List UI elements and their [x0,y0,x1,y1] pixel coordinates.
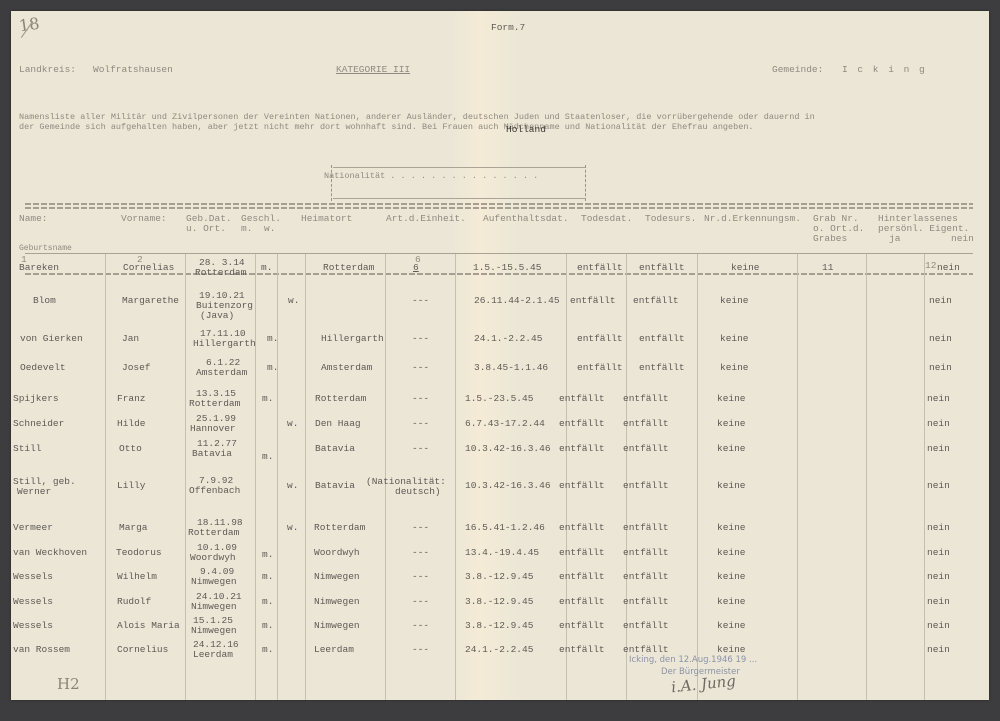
cell-heimatort: Rotterdam [323,263,374,273]
col-divider [185,254,186,700]
col-divider [277,254,278,700]
cell-todesdat: entfällt [559,444,605,454]
cell-name: Bareken [19,263,59,273]
cell-aufenthalt: 26.11.44-2.1.45 [474,296,560,306]
cell-geb-ort: Nimwegen [191,602,237,612]
cell-todesurs: entfällt [623,523,669,533]
cell-einheit: --- [412,548,429,558]
cell-geschl-m: m. [262,572,273,582]
nationality-label: Nationalität . . . . . . . . . . . . . .… [324,172,538,181]
cell-hint: nein [927,394,950,404]
cell-todesdat: entfällt [559,523,605,533]
cell-vorname: Wilhelm [117,572,157,582]
cell-hint: nein [927,572,950,582]
landkreis-value: Wolfratshausen [93,65,173,75]
cell-name: van Rossem [13,645,70,655]
pencil-mark: H2 [57,675,80,693]
cell-geb-ort: Amsterdam [196,368,247,378]
cell-name: von Gierken [20,334,83,344]
col-header-aufenthalt: Aufenthaltsdat. [483,214,569,224]
cell-vorname: Marga [119,523,148,533]
cell-erkennung: keine [720,363,749,373]
cell-name-2: Werner [17,487,51,497]
col-divider [697,254,698,700]
cell-hint: nein [929,296,952,306]
cell-geb-ort: Nimwegen [191,626,237,636]
cell-todesurs: entfällt [639,334,685,344]
col-divider [455,254,456,700]
cell-geb-ort: Nimwegen [191,577,237,587]
cell-erkennung: keine [717,523,746,533]
cell-todesurs: entfällt [639,363,685,373]
col-divider [626,254,627,700]
header-bottom-rule [25,253,973,254]
cell-geschl-m: m. [267,334,278,344]
cell-hint: nein [927,523,950,533]
cell-todesurs: entfällt [623,597,669,607]
nationality-overtype: Holland [506,125,546,135]
cell-aufenthalt: 3.8.-12.9.45 [465,572,533,582]
cell-vorname: Teodorus [116,548,162,558]
cell-name: Blom [33,296,56,306]
cell-aufenthalt: 10.3.42-16.3.46 [465,481,551,491]
cell-erkennung: keine [720,334,749,344]
cell-geschl-m: m. [262,550,273,560]
col-divider [924,254,925,700]
cell-vorname: Josef [122,363,151,373]
col-divider [255,254,256,700]
cell-todesdat: entfällt [559,548,605,558]
cell-todesdat: entfällt [577,263,623,273]
cell-hint: nein [937,263,960,273]
cell-vorname: Lilly [117,481,146,491]
col-header-todesurs: Todesurs. [645,214,696,224]
cell-todesdat: entfällt [559,394,605,404]
cell-erkennung: keine [717,481,746,491]
cell-einheit: --- [412,621,429,631]
cell-todesdat: entfällt [559,597,605,607]
cell-einheit: 6 [413,263,419,273]
cell-vorname: Otto [119,444,142,454]
cell-todesurs: entfällt [623,645,669,655]
cell-heimatort: Amsterdam [321,363,372,373]
cell-geschl-m: m. [262,394,273,404]
col-header-todesdat: Todesdat. [581,214,632,224]
cell-name: Wessels [13,572,53,582]
date-stamp: Icking, den 12.Aug.1946 19 ... [629,655,757,665]
col-header-hint-ja: ja [889,234,900,244]
cell-geb-ort: Hillergarth [193,339,256,349]
cell-hint: nein [927,481,950,491]
cell-heimatort: Rotterdam [314,523,365,533]
cell-name: Spijkers [13,394,59,404]
col-header-hint-nein: nein [951,234,974,244]
cell-aufenthalt: 3.8.45-1.1.46 [474,363,548,373]
cell-heimatort: Den Haag [315,419,361,429]
cell-heimatort: Hillergarth [321,334,384,344]
category-title: KATEGORIE III [336,65,410,75]
cell-name: van Weckhoven [13,548,87,558]
cell-aufenthalt: 1.5.-23.5.45 [465,394,533,404]
cell-vorname: Cornelias [123,263,174,273]
col-header-einheit: Art.d.Einheit. [386,214,466,224]
col-header-erkennung: Nr.d.Erkennungsm. [704,214,801,224]
cell-einheit: --- [412,645,429,655]
cell-geb-ort: Offenbach [189,486,240,496]
col-header-vorname: Vorname: [121,214,167,224]
col-header-geschl-m: m. [241,224,252,234]
cell-hint: nein [927,548,950,558]
cell-todesurs: entfällt [623,419,669,429]
cell-todesurs: entfällt [623,481,669,491]
col-header-heimatort: Heimatort [301,214,352,224]
cell-hint: nein [929,363,952,373]
cell-erkennung: keine [717,572,746,582]
cell-erkennung: keine [717,548,746,558]
cell-hint: nein [927,621,950,631]
cell-aufenthalt: 24.1.-2.2.45 [465,645,533,655]
gemeinde-value: I c k i n g [842,65,927,75]
cell-einheit: --- [412,296,429,306]
cell-todesurs: entfällt [623,548,669,558]
cell-name: Still [13,444,42,454]
cell-einheit: --- [412,363,429,373]
cell-hint: nein [927,444,950,454]
cell-vorname: Rudolf [117,597,151,607]
cell-geb-ort: Rotterdam [195,268,246,278]
cell-einheit: --- [412,419,429,429]
document-page: 18 Form.7 Landkreis: Wolfratshausen KATE… [11,11,989,700]
cell-heimatort: Leerdam [314,645,354,655]
cell-name: Wessels [13,597,53,607]
cell-aufenthalt: 6.7.43-17.2.44 [465,419,545,429]
col-header-grab-3: Grabes [813,234,847,244]
cell-todesurs: entfällt [623,444,669,454]
cell-vorname: Franz [117,394,146,404]
cell-erkennung: keine [717,444,746,454]
cell-hint: nein [927,645,950,655]
cell-erkennung: keine [717,645,746,655]
cell-heimatort: Nimwegen [314,572,360,582]
cell-geschl-m: m. [262,645,273,655]
cell-geschl-w: w. [288,296,299,306]
cell-geb-ort: Leerdam [193,650,233,660]
cell-geschl-w: w. [287,523,298,533]
header-top-rule [25,203,973,205]
cell-todesdat: entfällt [559,621,605,631]
cell-heimatort: Nimwegen [314,597,360,607]
cell-erkennung: keine [717,621,746,631]
cell-todesdat: entfällt [559,572,605,582]
cell-aufenthalt: 13.4.-19.4.45 [465,548,539,558]
col-header-geb-ort: u. Ort. [186,224,226,234]
header-top-rule-2 [25,207,973,209]
cell-todesurs: entfällt [623,572,669,582]
cell-geb-ort: Woordwyh [190,553,236,563]
cell-grab: 11 [822,263,833,273]
cell-aufenthalt: 3.8.-12.9.45 [465,621,533,631]
cell-erkennung: keine [717,394,746,404]
cell-todesurs: entfällt [623,621,669,631]
cell-name: Schneider [13,419,64,429]
cell-heimatort: Woordwyh [314,548,360,558]
col-header-name: Name: [19,214,48,224]
cell-aufenthalt: 3.8.-12.9.45 [465,597,533,607]
gemeinde-label: Gemeinde: [772,65,823,75]
col-divider [566,254,567,700]
cell-geb-ort-2: (Java) [200,311,234,321]
col-divider [105,254,106,700]
cell-todesdat: entfällt [559,481,605,491]
cell-aufenthalt: 1.5.-15.5.45 [473,263,541,273]
cell-erkennung: keine [717,597,746,607]
cell-geschl-w: w. [287,419,298,429]
cell-geschl-m: m. [262,452,273,462]
cell-geschl-m: m. [267,363,278,373]
cell-heimatort: Nimwegen [314,621,360,631]
cell-todesdat: entfällt [559,419,605,429]
cell-heimatort: Rotterdam [315,394,366,404]
cell-name: Vermeer [13,523,53,533]
cell-aufenthalt: 10.3.42-16.3.46 [465,444,551,454]
cell-einheit: --- [412,334,429,344]
cell-heimatort: Batavia [315,481,355,491]
cell-hint: nein [929,334,952,344]
cell-aufenthalt: 24.1.-2.2.45 [474,334,542,344]
intro-line-2: der Gemeinde sich aufgehalten haben, abe… [19,123,754,132]
cell-hint: nein [927,597,950,607]
cell-todesdat: entfällt [559,645,605,655]
cell-einheit: --- [412,523,429,533]
cell-heimatort: Batavia [315,444,355,454]
cell-geschl-m: m. [261,263,272,273]
cell-hint: nein [927,419,950,429]
cell-todesurs: entfällt [639,263,685,273]
cell-geb-ort: Rotterdam [188,528,239,538]
col-divider [305,254,306,700]
col-divider [797,254,798,700]
cell-geb-ort: Batavia [192,449,232,459]
cell-todesdat: entfällt [577,334,623,344]
intro-line-1: Namensliste aller Militär und Zivilperso… [19,113,815,122]
cell-todesdat: entfällt [570,296,616,306]
cell-einheit: --- [412,394,429,404]
cell-geschl-w: w. [287,481,298,491]
cell-geb-ort: Hannover [190,424,236,434]
cell-vorname: Cornelius [117,645,168,655]
cell-erkennung: keine [720,296,749,306]
cell-vorname: Margarethe [122,296,179,306]
cell-vorname: Alois Maria [117,621,180,631]
cell-geschl-m: m. [262,621,273,631]
cell-erkennung: keine [717,419,746,429]
col-header-geschl-w: w. [264,224,275,234]
cell-erkennung: keine [731,263,760,273]
cell-geschl-m: m. [262,597,273,607]
cell-name: Wessels [13,621,53,631]
col-number-12: 12 [925,261,936,271]
cell-einheit: --- [412,444,429,454]
form-label: Form.7 [491,23,525,33]
cell-geb-ort: Rotterdam [189,399,240,409]
cell-aufenthalt: 16.5.41-1.2.46 [465,523,545,533]
first-row-rule [25,273,973,275]
cell-todesdat: entfällt [577,363,623,373]
col-divider [866,254,867,700]
cell-einheit: --- [412,597,429,607]
cell-vorname: Hilde [117,419,146,429]
cell-vorname: Jan [122,334,139,344]
cell-name: Oedevelt [20,363,66,373]
cell-todesurs: entfällt [623,394,669,404]
cell-todesurs: entfällt [633,296,679,306]
cell-einheit-2: deutsch) [395,487,441,497]
cell-einheit: --- [412,572,429,582]
landkreis-label: Landkreis: [19,65,76,75]
